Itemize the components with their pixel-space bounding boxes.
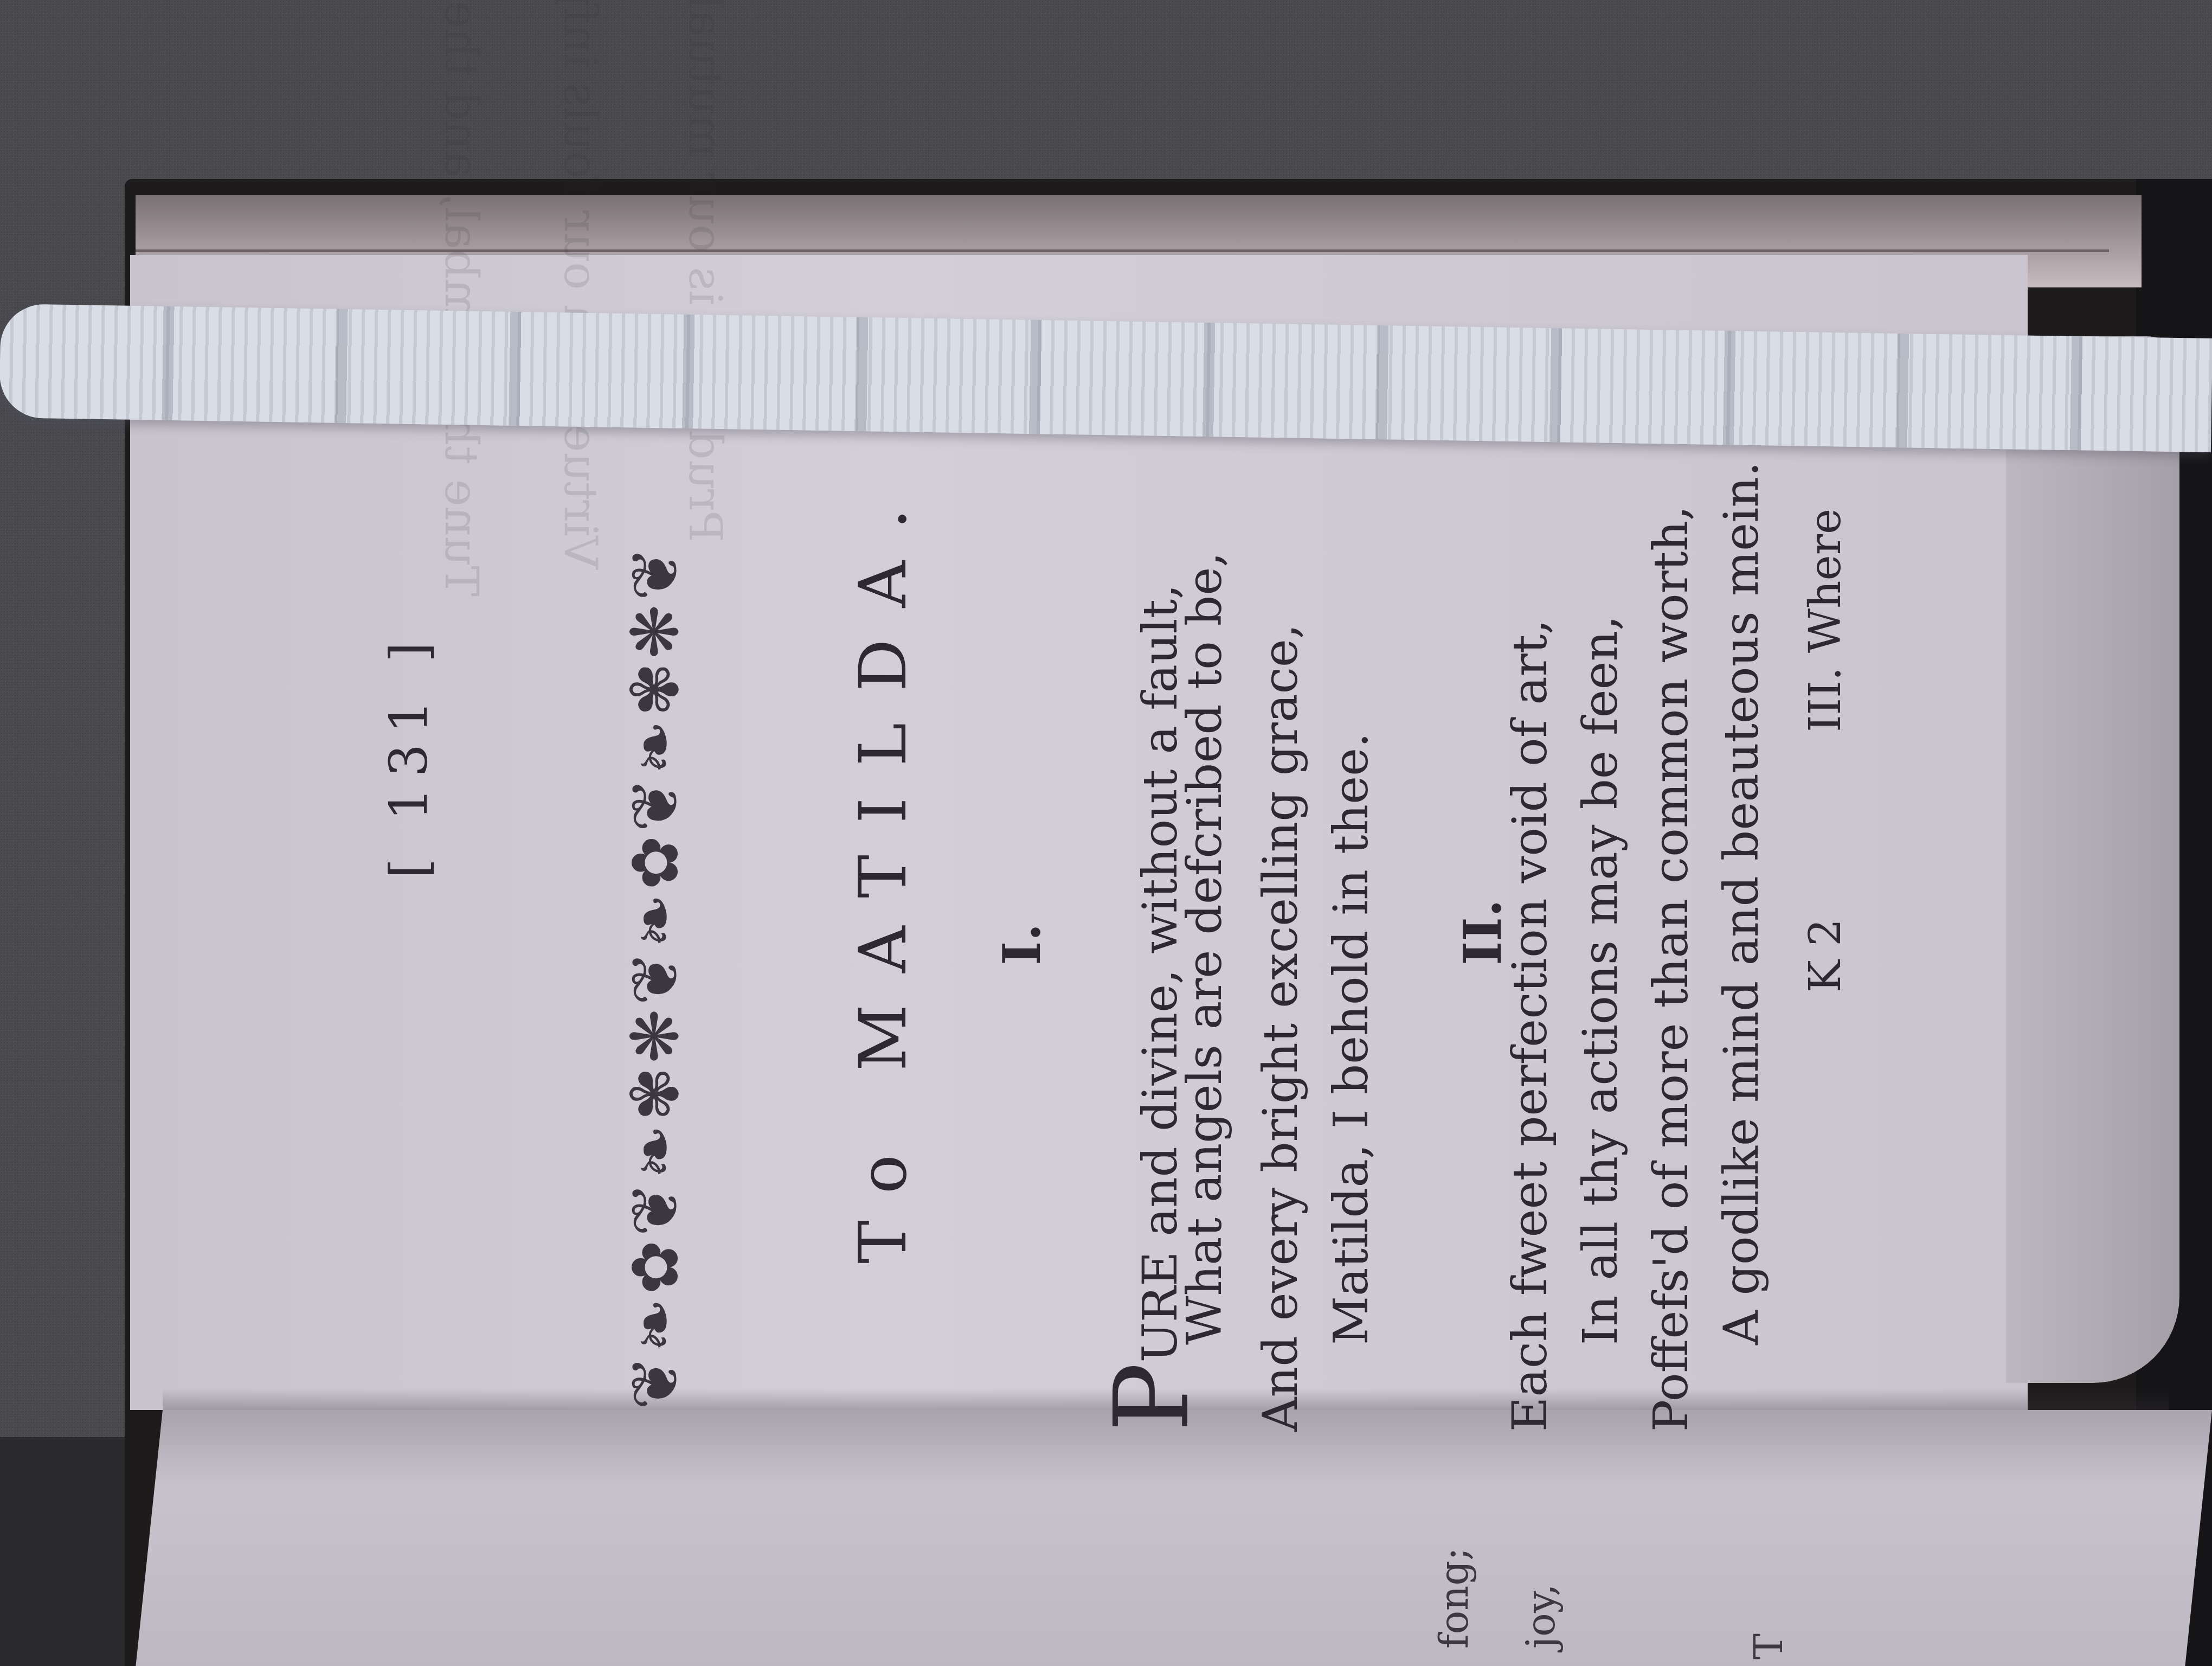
poem-line: In all thy actions may be feen, xyxy=(1572,616,1628,1345)
right-page-curl xyxy=(2006,336,2179,1383)
ornament-icon: ❦❧✿❦❧✾❋❦❧✿❦❧✾❋❦ xyxy=(618,543,693,1410)
poem-title: To MATILDA. xyxy=(846,477,921,1264)
stanza-numeral: I. xyxy=(992,923,1052,965)
poem-line: What angels are defcribed to be, xyxy=(1176,552,1232,1345)
poem-line: Poffefs'd of more than common worth, xyxy=(1643,505,1699,1432)
poem-line: Matilda, I behold in thee. xyxy=(1323,733,1379,1345)
poem-line: A godlike mind and beauteous mein. xyxy=(1713,462,1769,1345)
poem-line: Each fweet perfection void of art, xyxy=(1502,619,1558,1432)
left-page-fragment: joy, xyxy=(1518,1584,1564,1649)
page-number: [ 131 ] xyxy=(380,631,439,879)
left-page-fragment: T xyxy=(1746,1633,1791,1659)
bleed-through-line: Tune the cymbal, and the lyre, xyxy=(434,0,488,597)
left-page-fragment: fong; xyxy=(1431,1547,1477,1649)
bleed-through-line: Prudence is our mutual wife xyxy=(678,0,732,542)
bleed-through-line: Virtue doth our fouls infpire xyxy=(554,0,607,569)
drop-cap: P xyxy=(1092,1362,1212,1432)
catchword: III. Where xyxy=(1800,509,1850,732)
signature-mark: K 2 xyxy=(1800,919,1850,992)
poem-line: And every bright excelling grace, xyxy=(1252,624,1308,1432)
left-page xyxy=(136,1410,2212,1666)
